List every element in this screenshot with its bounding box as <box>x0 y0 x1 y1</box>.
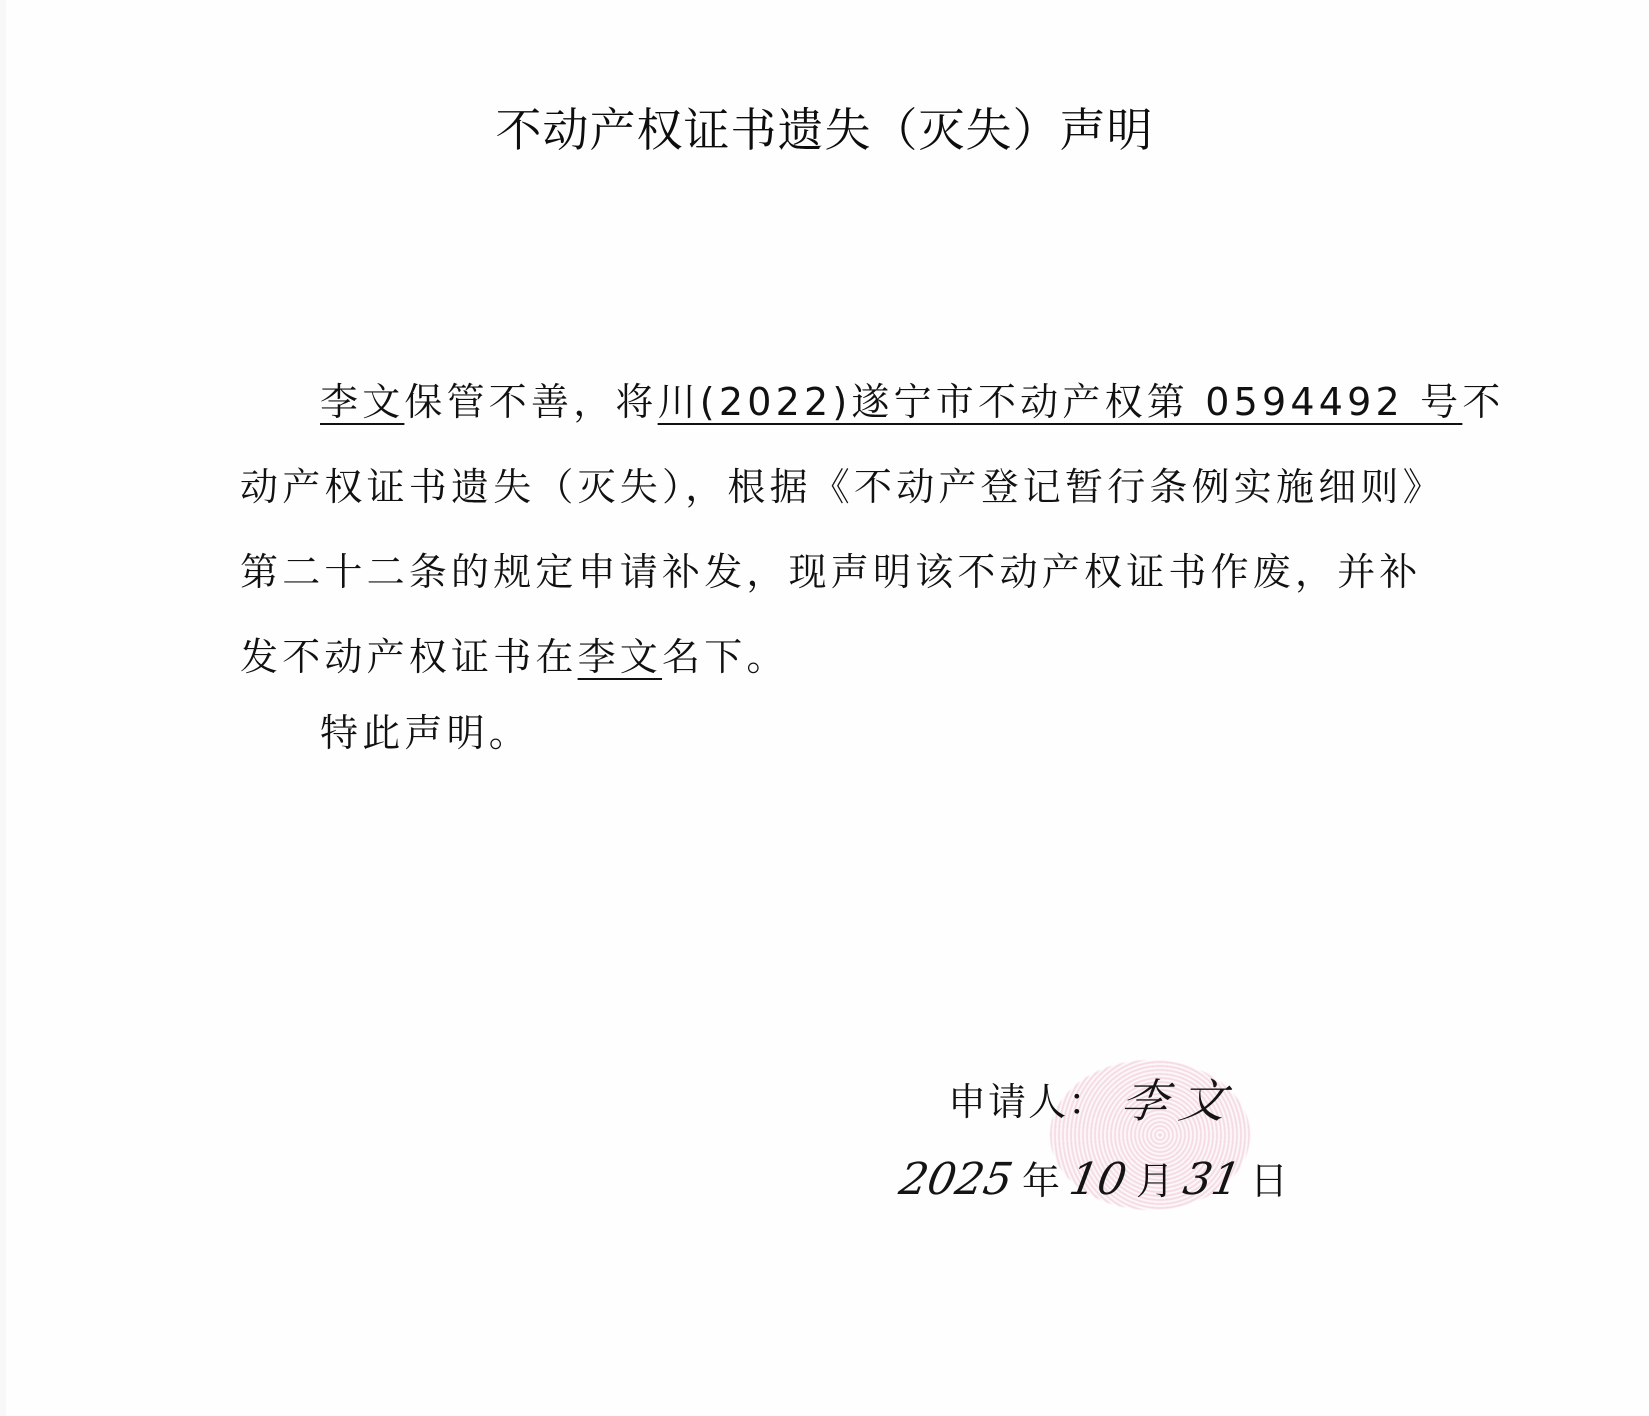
body-line-2: 动产权证书遗失（灭失），根据《不动产登记暂行条例实施细则》 <box>240 445 1390 530</box>
date-day-unit: 日 <box>1250 1150 1288 1205</box>
date-day: 31 <box>1180 1154 1245 1205</box>
owner-name: 李文 <box>578 635 662 679</box>
document-page: 不动产权证书遗失（灭失）声明 李文保管不善，将川(2022)遂宁市不动产权第 0… <box>0 0 1649 1416</box>
declaration-body: 李文保管不善，将川(2022)遂宁市不动产权第 0594492 号不 动产权证书… <box>240 360 1390 700</box>
body-line-1: 李文保管不善，将川(2022)遂宁市不动产权第 0594492 号不 <box>240 360 1390 445</box>
document-title: 不动产权证书遗失（灭失）声明 <box>0 94 1649 160</box>
declaration-date: 2025 年 10 月 31 日 <box>900 1150 1298 1205</box>
body-text-segment: 名下。 <box>662 635 789 679</box>
scan-edge <box>0 0 6 1416</box>
certificate-number: 川(2022)遂宁市不动产权第 0594492 号 <box>658 380 1463 424</box>
applicant-label: 申请人： <box>948 1071 1108 1126</box>
date-month-unit: 月 <box>1136 1150 1174 1205</box>
body-line-3: 第二十二条的规定申请补发，现声明该不动产权证书作废，并补 <box>240 530 1390 615</box>
date-month: 10 <box>1066 1154 1131 1205</box>
body-line-4: 发不动产权证书在李文名下。 <box>240 615 1390 700</box>
body-text-segment: 不 <box>1462 380 1504 424</box>
date-year-unit: 年 <box>1022 1150 1060 1205</box>
closing-statement: 特此声明。 <box>320 702 531 757</box>
applicant-row: 申请人： 李文 <box>948 1065 1238 1131</box>
body-text-segment: 保管不善，将 <box>404 380 657 424</box>
owner-name: 李文 <box>320 380 404 424</box>
date-year: 2025 <box>896 1154 1017 1205</box>
applicant-signature: 李文 <box>1117 1065 1242 1131</box>
body-text-segment: 发不动产权证书在 <box>240 635 578 679</box>
